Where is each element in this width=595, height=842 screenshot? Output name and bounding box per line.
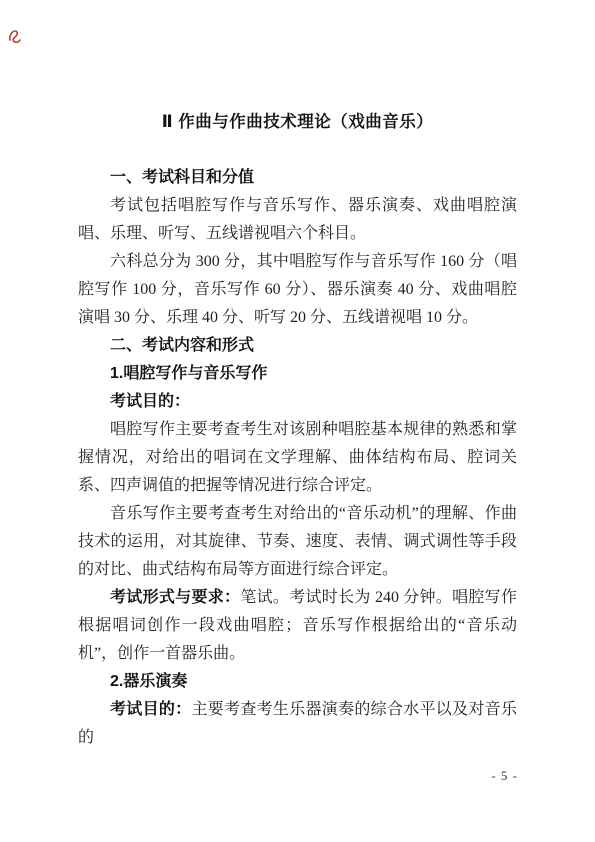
exam-purpose-label-2: 考试目的： <box>110 701 191 718</box>
paragraph-score-breakdown: 六科总分为 300 分，其中唱腔写作与音乐写作 160 分（唱腔写作 100 分… <box>78 248 517 332</box>
paragraph-vocal-writing-purpose: 唱腔写作主要考查考生对该剧种唱腔基本规律的熟悉和掌握情况，对给出的唱词在文学理解… <box>78 416 517 500</box>
subheading-instrument-performance: 2.器乐演奏 <box>78 668 517 696</box>
document-title: Ⅱ 作曲与作曲技术理论（戏曲音乐） <box>78 108 517 136</box>
exam-format-label: 考试形式与要求： <box>110 589 240 606</box>
section-heading-exam-subjects: 一、考试科目和分值 <box>78 164 517 192</box>
subheading-vocal-music-writing: 1.唱腔写作与音乐写作 <box>78 360 517 388</box>
paragraph-exam-format: 考试形式与要求：笔试。考试时长为 240 分钟。唱腔写作根据唱词创作一段戏曲唱腔… <box>78 584 517 668</box>
section-heading-exam-content: 二、考试内容和形式 <box>78 332 517 360</box>
exam-purpose-label: 考试目的： <box>78 388 517 416</box>
paragraph-subjects-list: 考试包括唱腔写作与音乐写作、器乐演奏、戏曲唱腔演唱、乐理、听写、五线谱视唱六个科… <box>78 192 517 248</box>
red-pen-mark <box>8 29 21 44</box>
document-body: Ⅱ 作曲与作曲技术理论（戏曲音乐） 一、考试科目和分值 考试包括唱腔写作与音乐写… <box>78 108 517 752</box>
document-page: Ⅱ 作曲与作曲技术理论（戏曲音乐） 一、考试科目和分值 考试包括唱腔写作与音乐写… <box>0 0 595 842</box>
paragraph-music-writing-purpose: 音乐写作主要考查考生对给出的“音乐动机”的理解、作曲技术的运用，对其旋律、节奏、… <box>78 500 517 584</box>
page-number: - 5 - <box>491 768 518 784</box>
paragraph-instrument-purpose: 考试目的：主要考查考生乐器演奏的综合水平以及对音乐的 <box>78 696 517 752</box>
